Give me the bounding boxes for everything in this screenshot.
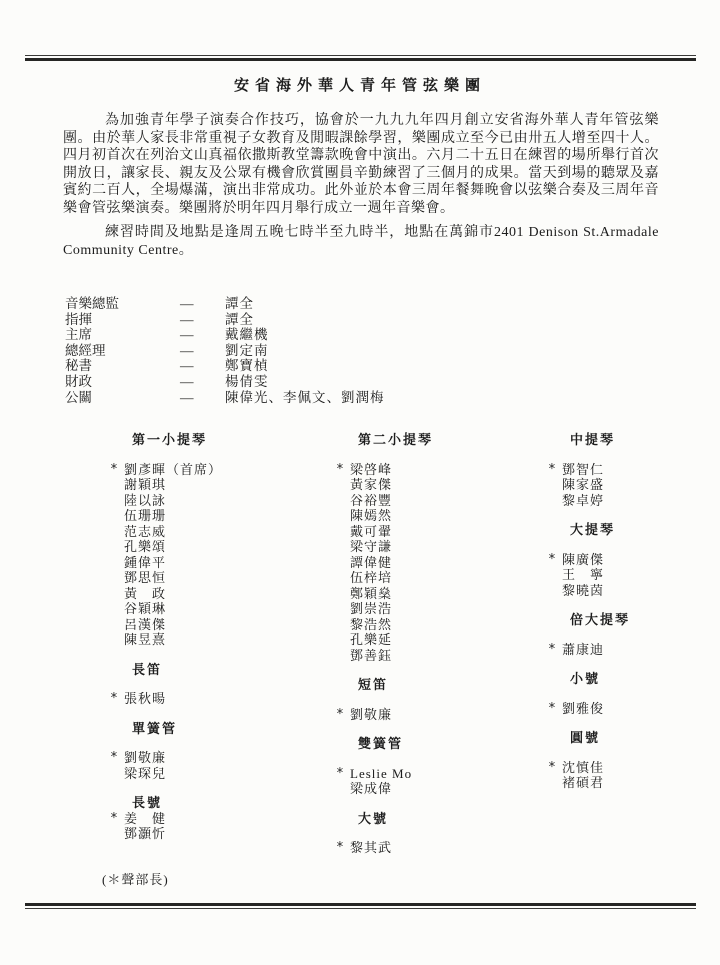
member-name: 蕭康迪: [562, 642, 604, 658]
star-spacer: [336, 632, 350, 648]
member-name: 黎其武: [350, 840, 392, 856]
section-leader-star-mark: *: [336, 840, 350, 856]
official-name: 譚全: [225, 312, 254, 328]
star-spacer: [110, 826, 124, 842]
star-spacer: [336, 781, 350, 797]
member-row: 謝穎琪: [110, 477, 325, 493]
official-name: 楊倩雯: [225, 374, 269, 390]
member-row: 戴可翬: [336, 524, 536, 540]
member-name: 黃家傑: [350, 477, 392, 493]
section-heading: 單簧管: [132, 721, 325, 737]
member-row: *劉彥暉（首席）: [110, 462, 325, 478]
section-heading: 長笛: [132, 662, 325, 678]
star-spacer: [548, 567, 562, 583]
section-leader-star-mark: *: [110, 691, 124, 707]
member-row: 鄧思恒: [110, 570, 325, 586]
dash-separator: —: [180, 374, 225, 390]
roster-column-viola-cello-brass: 中提琴*鄧智仁陳家盛黎卓婷大提琴*陳廣傑王 寧黎曉茵倍大提琴*蕭康迪小號*劉雅俊…: [548, 432, 713, 791]
instrument-group: 雙簧管*Leslie Mo梁成偉: [336, 736, 536, 797]
member-name: 谷穎琳: [124, 601, 166, 617]
section-heading: 倍大提琴: [570, 612, 713, 628]
star-spacer: [548, 583, 562, 599]
star-spacer: [110, 539, 124, 555]
member-row: *蕭康迪: [548, 642, 713, 658]
official-role-label: 總經理: [65, 343, 180, 359]
member-row: 褚碩君: [548, 775, 713, 791]
official-role-label: 秘書: [65, 358, 180, 374]
member-name: 陸以詠: [124, 493, 166, 509]
star-spacer: [110, 617, 124, 633]
star-spacer: [336, 648, 350, 664]
official-row: 秘書—鄭寶楨: [65, 358, 385, 374]
roster-column-second-violin-winds: 第二小提琴*梁啓峰黃家傑谷裕豐陳嫣然戴可翬梁守謙譚偉健伍梓培鄭穎燊劉崇浩黎浩然孔…: [336, 432, 536, 856]
section-heading: 大號: [358, 811, 536, 827]
member-name: Leslie Mo: [350, 766, 412, 782]
member-row: *姜 健: [110, 811, 325, 827]
official-role-label: 音樂總監: [65, 296, 180, 312]
instrument-group: 單簧管*劉敬廉梁琛兒: [110, 721, 325, 782]
section-heading: 短笛: [358, 677, 536, 693]
instrument-group: 圓號*沈慎佳褚碩君: [548, 730, 713, 791]
star-spacer: [336, 617, 350, 633]
member-row: 陳家盛: [548, 477, 713, 493]
star-spacer: [336, 508, 350, 524]
star-spacer: [110, 493, 124, 509]
member-name: 鍾偉平: [124, 555, 166, 571]
member-name: 鄧智仁: [562, 462, 604, 478]
member-row: 黎卓婷: [548, 493, 713, 509]
member-name: 鄧灝忻: [124, 826, 166, 842]
member-row: 黃 政: [110, 586, 325, 602]
member-name: 孔樂頌: [124, 539, 166, 555]
section-leader-star-mark: *: [110, 750, 124, 766]
member-name: 張秋暘: [124, 691, 166, 707]
official-role-label: 指揮: [65, 312, 180, 328]
star-spacer: [110, 570, 124, 586]
member-row: 梁琛兒: [110, 766, 325, 782]
member-row: 梁成偉: [336, 781, 536, 797]
member-name: 謝穎琪: [124, 477, 166, 493]
member-name: 陳家盛: [562, 477, 604, 493]
instrument-group: 長號*姜 健鄧灝忻: [110, 795, 325, 842]
official-name: 戴繼機: [225, 327, 269, 343]
practice-info-paragraph: 練習時間及地點是逢周五晚七時半至九時半，地點在萬錦市2401 Denison S…: [63, 224, 659, 259]
official-role-label: 財政: [65, 374, 180, 390]
member-row: 谷穎琳: [110, 601, 325, 617]
member-row: 梁守謙: [336, 539, 536, 555]
instrument-group: 小號*劉雅俊: [548, 671, 713, 716]
star-spacer: [336, 477, 350, 493]
member-name: 陳廣傑: [562, 552, 604, 568]
member-row: *張秋暘: [110, 691, 325, 707]
member-row: 劉崇浩: [336, 601, 536, 617]
bottom-double-rule: [25, 903, 696, 910]
member-name: 劉彥暉（首席）: [124, 462, 222, 478]
dash-separator: —: [180, 312, 225, 328]
star-spacer: [336, 524, 350, 540]
member-row: 范志威: [110, 524, 325, 540]
official-row: 公關—陳偉光、李佩文、劉潤梅: [65, 390, 385, 406]
instrument-group: 短笛*劉敬廉: [336, 677, 536, 722]
section-heading: 小號: [570, 671, 713, 687]
star-spacer: [548, 493, 562, 509]
section-leader-star-mark: *: [548, 552, 562, 568]
member-name: 谷裕豐: [350, 493, 392, 509]
roster-column-first-violin-winds: 第一小提琴*劉彥暉（首席）謝穎琪陸以詠伍珊珊范志威孔樂頌鍾偉平鄧思恒黃 政谷穎琳…: [110, 432, 325, 887]
section-leader-star-mark: *: [548, 701, 562, 717]
member-row: 黎曉茵: [548, 583, 713, 599]
star-spacer: [336, 555, 350, 571]
star-spacer: [110, 586, 124, 602]
member-name: 梁守謙: [350, 539, 392, 555]
member-row: *沈慎佳: [548, 760, 713, 776]
member-name: 劉敬廉: [350, 707, 392, 723]
member-name: 梁啓峰: [350, 462, 392, 478]
instrument-group: 第一小提琴*劉彥暉（首席）謝穎琪陸以詠伍珊珊范志威孔樂頌鍾偉平鄧思恒黃 政谷穎琳…: [110, 432, 325, 648]
member-row: *劉敬廉: [336, 707, 536, 723]
star-spacer: [548, 775, 562, 791]
member-row: *鄧智仁: [548, 462, 713, 478]
member-row: 鍾偉平: [110, 555, 325, 571]
section-leader-star-mark: *: [336, 766, 350, 782]
section-leader-star-mark: *: [336, 707, 350, 723]
section-leader-footnote: (＊聲部長): [102, 872, 325, 888]
section-heading: 第一小提琴: [132, 432, 325, 448]
dash-separator: —: [180, 390, 225, 406]
member-name: 黃 政: [124, 586, 166, 602]
member-row: 鄧灝忻: [110, 826, 325, 842]
officials-list: 音樂總監—譚全指揮—譚全主席—戴繼機總經理—劉定南秘書—鄭寶楨財政—楊倩雯公關—…: [65, 296, 385, 405]
member-row: 鄧善鈺: [336, 648, 536, 664]
member-name: 譚偉健: [350, 555, 392, 571]
member-row: *Leslie Mo: [336, 766, 536, 782]
section-heading: 雙簧管: [358, 736, 536, 752]
member-row: 鄭穎燊: [336, 586, 536, 602]
star-spacer: [336, 539, 350, 555]
dash-separator: —: [180, 296, 225, 312]
section-heading: 大提琴: [570, 522, 713, 538]
member-row: *黎其武: [336, 840, 536, 856]
section-leader-star-mark: *: [548, 462, 562, 478]
star-spacer: [110, 555, 124, 571]
section-heading: 長號: [132, 795, 325, 811]
official-row: 主席—戴繼機: [65, 327, 385, 343]
instrument-group: 倍大提琴*蕭康迪: [548, 612, 713, 657]
scanned-document-page: 安省海外華人青年管弦樂團 為加強青年學子演奏合作技巧，協會於一九九九年四月創立安…: [0, 0, 720, 965]
star-spacer: [548, 477, 562, 493]
star-spacer: [110, 477, 124, 493]
top-double-rule: [25, 55, 696, 62]
star-spacer: [336, 586, 350, 602]
member-row: *陳廣傑: [548, 552, 713, 568]
member-name: 范志威: [124, 524, 166, 540]
official-row: 財政—楊倩雯: [65, 374, 385, 390]
dash-separator: —: [180, 343, 225, 359]
member-name: 孔樂延: [350, 632, 392, 648]
section-heading: 中提琴: [570, 432, 713, 448]
member-row: *劉雅俊: [548, 701, 713, 717]
member-name: 陳昱熹: [124, 632, 166, 648]
official-role-label: 公關: [65, 390, 180, 406]
dash-separator: —: [180, 327, 225, 343]
page-title: 安省海外華人青年管弦樂團: [0, 74, 720, 95]
member-row: 陸以詠: [110, 493, 325, 509]
star-spacer: [336, 570, 350, 586]
member-row: *劉敬廉: [110, 750, 325, 766]
section-leader-star-mark: *: [548, 760, 562, 776]
star-spacer: [336, 601, 350, 617]
member-name: 劉敬廉: [124, 750, 166, 766]
section-leader-star-mark: *: [110, 462, 124, 478]
official-row: 音樂總監—譚全: [65, 296, 385, 312]
instrument-group: 大提琴*陳廣傑王 寧黎曉茵: [548, 522, 713, 598]
member-name: 鄭穎燊: [350, 586, 392, 602]
official-name: 劉定南: [225, 343, 269, 359]
star-spacer: [110, 601, 124, 617]
section-leader-star-mark: *: [110, 811, 124, 827]
member-name: 伍梓培: [350, 570, 392, 586]
section-leader-star-mark: *: [548, 642, 562, 658]
instrument-group: 中提琴*鄧智仁陳家盛黎卓婷: [548, 432, 713, 508]
member-name: 鄧善鈺: [350, 648, 392, 664]
section-heading: 第二小提琴: [358, 432, 536, 448]
member-name: 沈慎佳: [562, 760, 604, 776]
member-name: 呂漢傑: [124, 617, 166, 633]
star-spacer: [110, 508, 124, 524]
member-name: 劉雅俊: [562, 701, 604, 717]
star-spacer: [336, 493, 350, 509]
official-name: 譚全: [225, 296, 254, 312]
member-name: 姜 健: [124, 811, 166, 827]
member-row: 黃家傑: [336, 477, 536, 493]
official-row: 總經理—劉定南: [65, 343, 385, 359]
official-name: 陳偉光、李佩文、劉潤梅: [225, 390, 385, 406]
member-row: 呂漢傑: [110, 617, 325, 633]
member-row: 王 寧: [548, 567, 713, 583]
star-spacer: [110, 766, 124, 782]
member-name: 劉崇浩: [350, 601, 392, 617]
member-row: 譚偉健: [336, 555, 536, 571]
member-name: 陳嫣然: [350, 508, 392, 524]
member-row: 谷裕豐: [336, 493, 536, 509]
instrument-group: 第二小提琴*梁啓峰黃家傑谷裕豐陳嫣然戴可翬梁守謙譚偉健伍梓培鄭穎燊劉崇浩黎浩然孔…: [336, 432, 536, 663]
dash-separator: —: [180, 358, 225, 374]
member-row: 孔樂頌: [110, 539, 325, 555]
member-row: 伍梓培: [336, 570, 536, 586]
member-name: 黎卓婷: [562, 493, 604, 509]
official-name: 鄭寶楨: [225, 358, 269, 374]
instrument-group: 長笛*張秋暘: [110, 662, 325, 707]
member-name: 褚碩君: [562, 775, 604, 791]
star-spacer: [110, 632, 124, 648]
member-name: 鄧思恒: [124, 570, 166, 586]
member-row: *梁啓峰: [336, 462, 536, 478]
instrument-group: 大號*黎其武: [336, 811, 536, 856]
member-name: 王 寧: [562, 567, 604, 583]
member-row: 陳昱熹: [110, 632, 325, 648]
section-leader-star-mark: *: [336, 462, 350, 478]
official-row: 指揮—譚全: [65, 312, 385, 328]
intro-paragraph: 為加強青年學子演奏合作技巧，協會於一九九九年四月創立安省海外華人青年管弦樂團。由…: [63, 112, 659, 217]
member-name: 黎曉茵: [562, 583, 604, 599]
member-row: 孔樂延: [336, 632, 536, 648]
star-spacer: [110, 524, 124, 540]
section-heading: 圓號: [570, 730, 713, 746]
member-row: 伍珊珊: [110, 508, 325, 524]
member-name: 伍珊珊: [124, 508, 166, 524]
member-row: 陳嫣然: [336, 508, 536, 524]
member-name: 戴可翬: [350, 524, 392, 540]
member-row: 黎浩然: [336, 617, 536, 633]
member-name: 黎浩然: [350, 617, 392, 633]
member-name: 梁成偉: [350, 781, 392, 797]
member-name: 梁琛兒: [124, 766, 166, 782]
official-role-label: 主席: [65, 327, 180, 343]
